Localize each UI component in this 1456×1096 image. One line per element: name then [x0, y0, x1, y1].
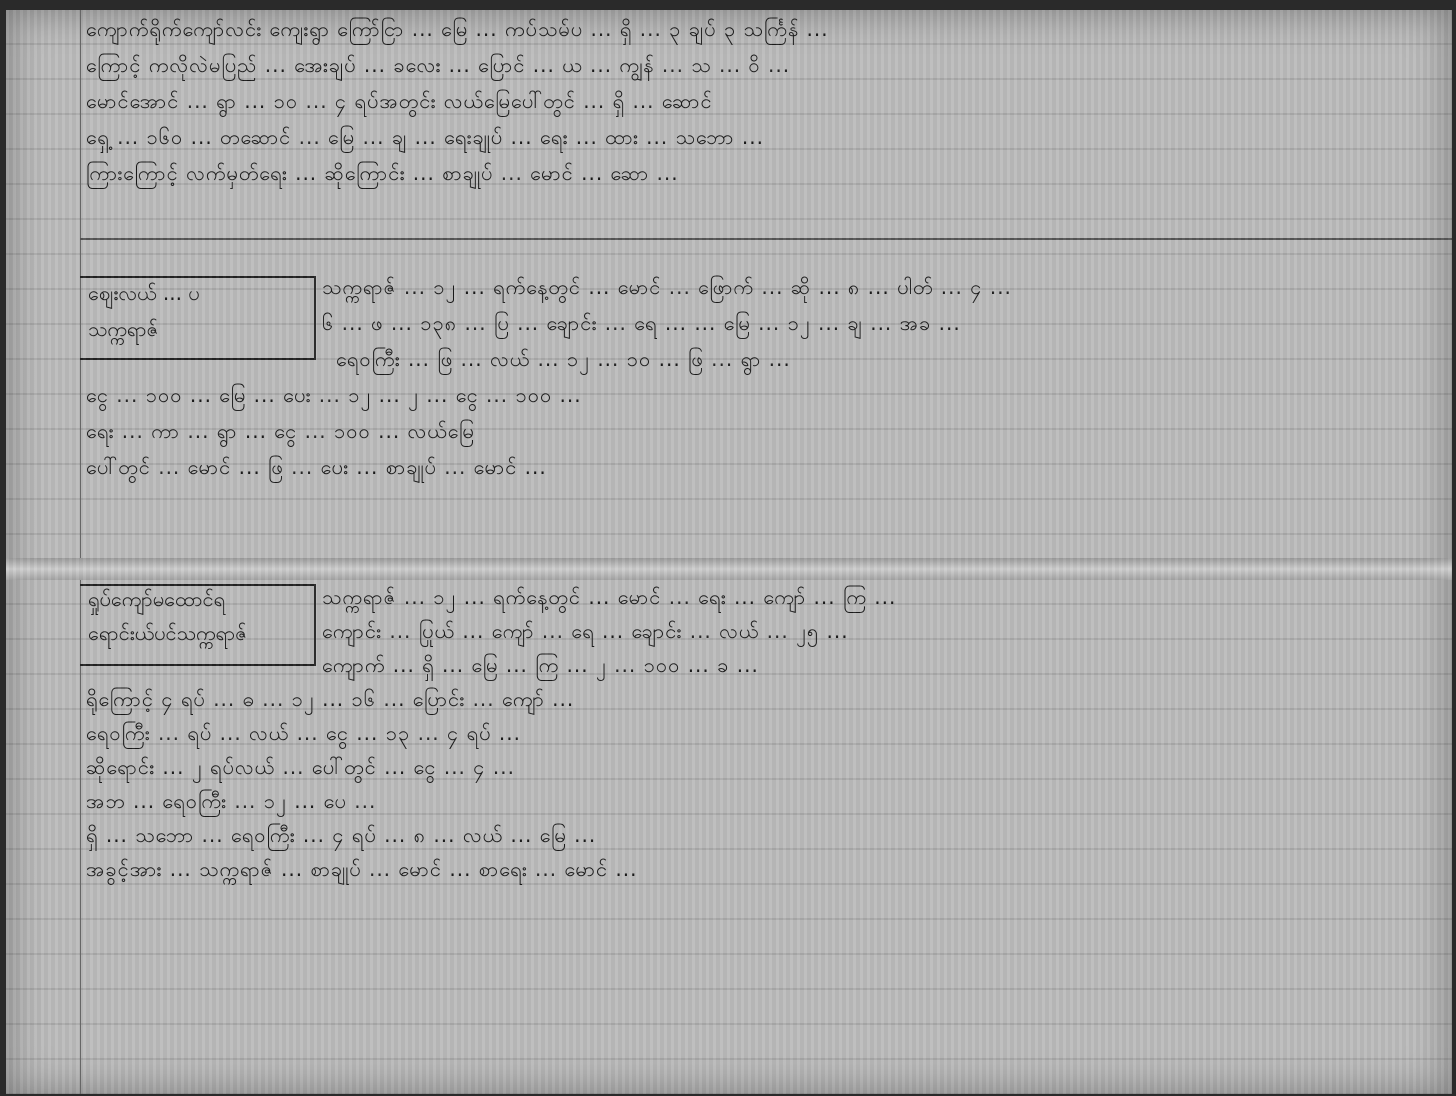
section-body-line: ကျောက် ... ရှိ ... မြေ ... ကြ ... ၂ ... …: [322, 652, 759, 682]
section-body-line: ရေး ... ကာ ... ရွာ ... ငွေ ... ၁၀၀ ... လ…: [86, 418, 475, 448]
section-label: စျေးလယ် ... ပ: [88, 280, 200, 310]
section-label: ရောင်းယ်ပင်သက္ကရာဇ်: [88, 620, 247, 650]
section-body-line: ရှိ ... သဘော ... ရေဝကြီး ... ၄ ရပ် ... ၈…: [86, 822, 596, 852]
section-body-line: ကျောင်း ... ပြုယ် ... ကျော် ... ရေ ... ခ…: [322, 618, 849, 648]
page-fold: [6, 558, 1452, 580]
section-label: သက္ကရာဇ်: [88, 316, 159, 346]
header-line: ကျောက်ရိုက်ကျော်လင်း ကျေးရွာ ကြော်ငြာ ..…: [86, 16, 829, 46]
header-line: ကြောင့် ကလိုလဲမပြည် ... အေးချပ် ... ခလေး…: [86, 52, 790, 82]
manuscript-page: ကျောက်ရိုက်ကျော်လင်း ကျေးရွာ ကြော်ငြာ ..…: [6, 10, 1452, 1094]
section-label: ရှုပ်ကျော်မထောင်ရ: [88, 586, 225, 616]
section-body-line: ရိုကြောင့် ၄ ရပ် ... ဓ ... ၁၂ ... ၁၆ ...…: [86, 686, 574, 716]
header-line: ရှေ့ ... ၁၆၀ ... တဆောင် ... မြေ ... ချ .…: [86, 124, 764, 154]
section-body-line: သက္ကရာဇ် ... ၁၂ ... ရက်နေ့တွင် ... မောင်…: [322, 584, 896, 614]
section-body-line: သက္ကရာဇ် ... ၁၂ ... ရက်နေ့တွင် ... မောင်…: [322, 274, 1012, 304]
section-body-line: ၆ ... ဖ ... ၁၃၈ ... ပြ ... ချောင်း ... ရ…: [322, 310, 961, 340]
header-line: ကြားကြောင့် လက်မှတ်ရေး ... ဆိုကြောင်း ..…: [86, 160, 679, 190]
left-margin-rule: [80, 10, 81, 1094]
section-divider: [80, 238, 1452, 240]
section-body-line: ငွေ ... ၁၀၀ ... မြေ ... ပေး ... ၁၂ ... ၂…: [86, 382, 582, 412]
header-line: မောင်အောင် ... ရွာ ... ၁၀ ... ၄ ရပ်အတွင်…: [86, 88, 713, 118]
section-body-line: အခွင့်အား ... သက္ကရာဇ် ... စာချုပ် ... မ…: [86, 856, 638, 886]
section-body-line: ရေဝကြီး ... ရပ် ... လယ် ... ငွေ ... ၁၃ .…: [86, 720, 521, 750]
section-body-line: ဆိုရောင်း ... ၂ ရပ်လယ် ... ပေါ်တွင် ... …: [86, 754, 515, 784]
section-body-line: ရေဝကြီး ... ဖြ ... လယ် ... ၁၂ ... ၁၀ ...…: [336, 346, 791, 376]
section-body-line: ပေါ်တွင် ... မောင် ... ဖြ ... ပေး ... စာ…: [86, 454, 547, 484]
section-body-line: အဘ ... ရေဝကြီး ... ၁၂ ... ပေ ...: [86, 788, 376, 818]
